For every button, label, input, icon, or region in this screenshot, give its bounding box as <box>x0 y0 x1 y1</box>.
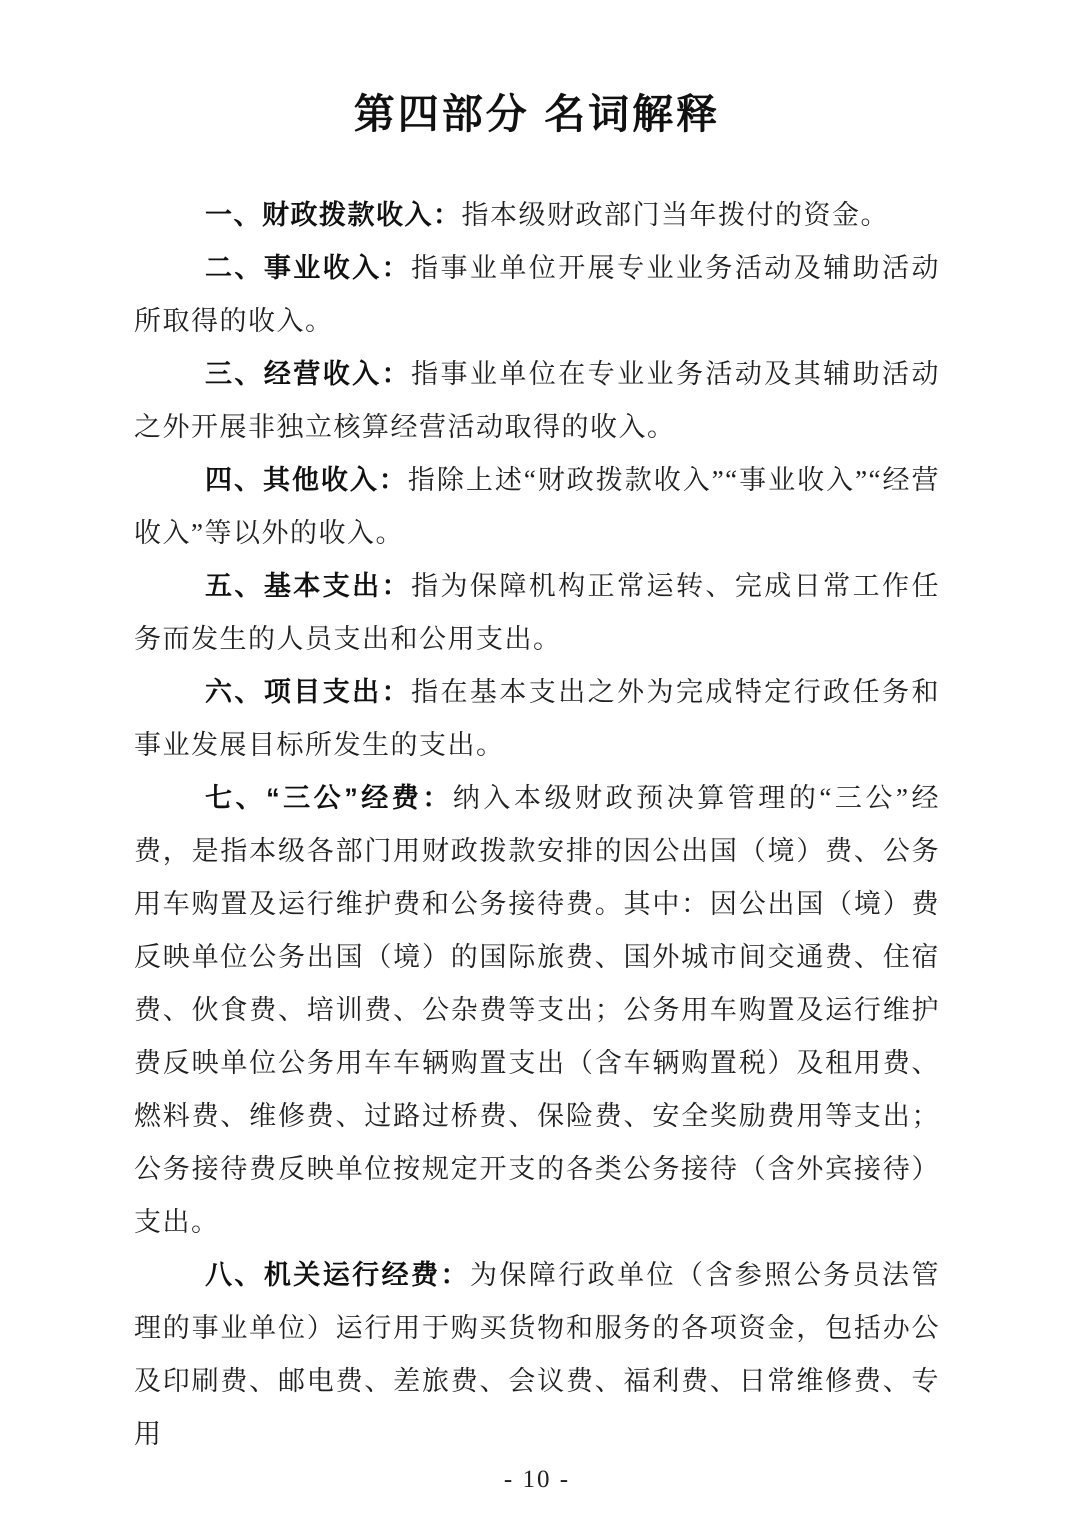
definition-paragraph: 六、项目支出：指在基本支出之外为完成特定行政任务和事业发展目标所发生的支出。 <box>134 666 940 772</box>
definition-term: 六、项目支出： <box>205 677 411 707</box>
definition-term: 三、经营收入： <box>205 359 411 389</box>
definition-term: 二、事业收入： <box>205 253 411 283</box>
definition-paragraph: 四、其他收入：指除上述“财政拨款收入”“事业收入”“经营收入”等以外的收入。 <box>134 454 940 560</box>
definition-paragraph: 七、“三公”经费：纳入本级财政预决算管理的“三公”经费，是指本级各部门用财政拨款… <box>134 772 940 1249</box>
definition-paragraph: 八、机关运行经费：为保障行政单位（含参照公务员法管理的事业单位）运行用于购买货物… <box>134 1249 940 1461</box>
definition-paragraph: 三、经营收入：指事业单位在专业业务活动及其辅助活动之外开展非独立核算经营活动取得… <box>134 348 940 454</box>
definition-text: 指本级财政部门当年拨付的资金。 <box>462 200 890 230</box>
document-page: 第四部分 名词解释 一、财政拨款收入：指本级财政部门当年拨付的资金。 二、事业收… <box>0 0 1074 1520</box>
definition-paragraph: 二、事业收入：指事业单位开展专业业务活动及辅助活动所取得的收入。 <box>134 242 940 348</box>
definition-term: 七、“三公”经费： <box>205 783 453 813</box>
definition-term: 一、财政拨款收入： <box>205 200 462 230</box>
page-title: 第四部分 名词解释 <box>134 85 940 143</box>
definitions-list: 一、财政拨款收入：指本级财政部门当年拨付的资金。 二、事业收入：指事业单位开展专… <box>134 189 940 1461</box>
definition-term: 五、基本支出： <box>205 571 411 601</box>
definition-term: 八、机关运行经费： <box>205 1260 470 1290</box>
definition-text: 纳入本级财政预决算管理的“三公”经费，是指本级各部门用财政拨款安排的因公出国（境… <box>134 783 940 1237</box>
page-number: - 10 - <box>0 1466 1074 1494</box>
definition-paragraph: 一、财政拨款收入：指本级财政部门当年拨付的资金。 <box>134 189 940 242</box>
definition-term: 四、其他收入： <box>205 465 408 495</box>
definition-paragraph: 五、基本支出：指为保障机构正常运转、完成日常工作任务而发生的人员支出和公用支出。 <box>134 560 940 666</box>
